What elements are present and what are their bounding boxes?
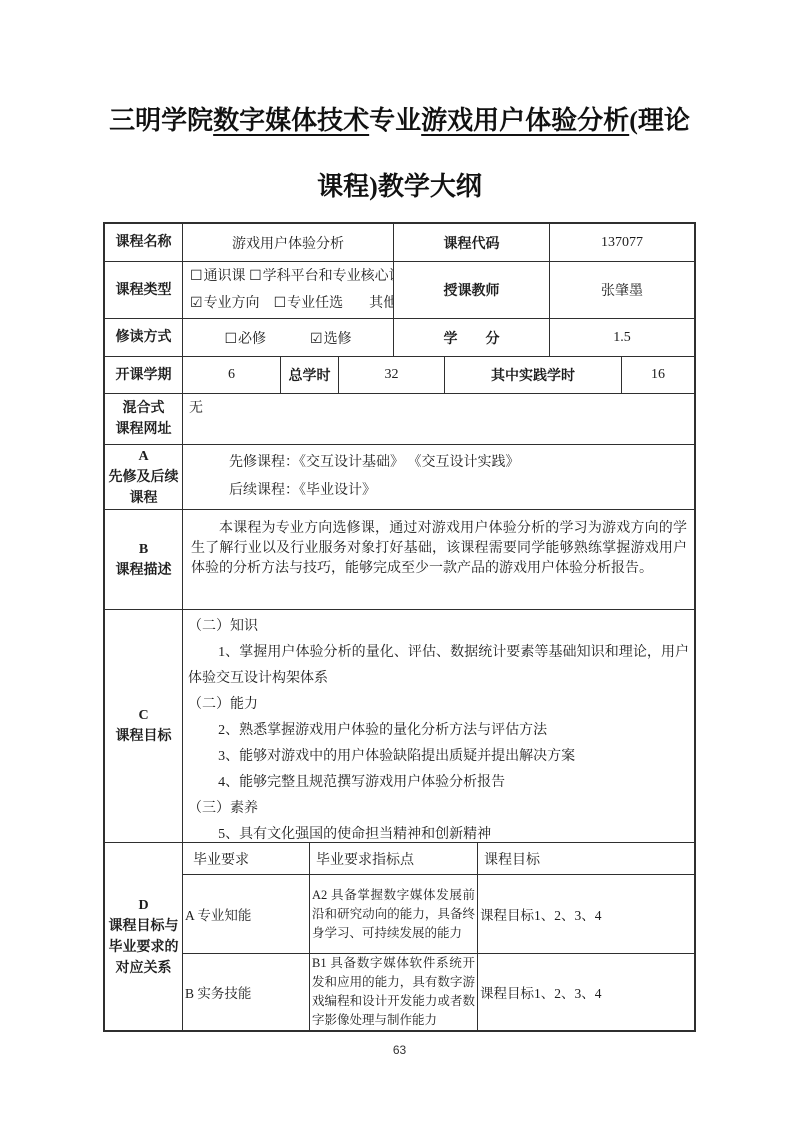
requirement-cell: A 专业知能 [183,875,310,953]
semester-label: 开课学期 [105,357,183,393]
course-type-options: ☐通识课 ☐学科平台和专业核心课 ☑专业方向 ☐专业任选其他 [183,262,394,318]
option-label: 其他 [369,296,394,311]
section-c-code: C [138,705,148,726]
row-section-a: A 先修及后续 课程 先修课程：《交互设计基础》 《交互设计实践》 后续课程：《… [105,445,694,510]
checkbox-checked-icon: ☑ [190,296,203,311]
title-part-course-underlined: 游戏用户体验分析 [421,106,629,135]
option-platform-core-course: ☐学科平台和专业核心课 [249,269,394,284]
row-online-url: 混合式 课程网址 无 [105,394,694,445]
section-a-label: A 先修及后续 课程 [105,445,183,509]
checkbox-unchecked-icon: ☐ [274,296,287,311]
section-d-label-line1: 课程目标与 [109,916,179,937]
prerequisite-courses: 先修课程：《交互设计基础》 《交互设计实践》 [229,449,520,477]
title-part-major-underlined: 数字媒体技术 [213,106,369,135]
option-label: 专业方向 [204,296,260,311]
objective-item-2: 2、熟悉掌握游戏用户体验的量化分析方法与评估方法 [188,718,689,744]
course-name-value: 游戏用户体验分析 [183,224,394,261]
objective-item-5: 5、具有文化强国的使命担当精神和创新精神 [188,822,689,842]
checkbox-unchecked-icon: ☐ [190,269,203,284]
section-c-label: C 课程目标 [105,610,183,842]
objective-item-4: 4、能够完整且规范撰写游戏用户体验分析报告 [188,770,689,796]
section-b-label-text: 课程描述 [116,560,172,581]
course-code-value: 137077 [550,224,694,261]
option-label: 选修 [324,332,352,347]
row-section-c: C 课程目标 （二）知识 1、掌握用户体验分析的量化、评估、数据统计要素等基础知… [105,610,694,843]
title-part-school: 三明学院 [109,106,213,135]
option-label: 学科平台和专业核心课 [263,269,394,284]
study-mode-label: 修读方式 [105,319,183,356]
section-a-content: 先修课程：《交互设计基础》 《交互设计实践》 后续课程：《毕业设计》 [183,445,694,509]
section-d-label-line2: 毕业要求的 [109,937,179,958]
title-part-paren: (理论 [629,106,690,135]
option-elective: ☑选修 [310,328,352,348]
row-section-b: B 课程描述 本课程为专业方向选修课，通过对游戏用户体验分析的学习为游戏方向的学… [105,510,694,610]
course-type-label: 课程类型 [105,262,183,318]
total-hours-value: 32 [339,357,445,393]
objective-item-1: 1、掌握用户体验分析的量化、评估、数据统计要素等基础知识和理论，用户体验交互设计… [188,640,689,692]
course-description: 本课程为专业方向选修课，通过对游戏用户体验分析的学习为游戏方向的学生了解行业以及… [191,519,687,579]
option-other: 其他 [369,296,394,311]
row-section-d: D 课程目标与 毕业要求的 对应关系 毕业要求 毕业要求指标点 课程目标 A 专… [105,843,694,1030]
online-url-label-line1: 混合式 [123,398,165,419]
option-label: 专业任选 [287,296,343,311]
total-hours-label: 总学时 [281,357,339,393]
checkbox-unchecked-icon: ☐ [224,332,237,347]
online-url-value: 无 [183,394,694,444]
row-course-name: 课程名称 游戏用户体验分析 课程代码 137077 [105,224,694,262]
option-label: 通识课 [204,269,246,284]
mapping-subtable: 毕业要求 毕业要求指标点 课程目标 A 专业知能 A2 具备掌握数字媒体发展前沿… [183,843,694,1030]
indicator-cell: B1 具备数字媒体软件系统开发和应用的能力，具有数字游戏编程和设计开发能力或者数… [310,954,478,1030]
option-compulsory: ☐必修 [224,328,266,348]
mapping-header-row: 毕业要求 毕业要求指标点 课程目标 [183,843,694,875]
objective-item-3: 3、能够对游戏中的用户体验缺陷提出质疑并提出解决方案 [188,744,689,770]
option-general-course: ☐通识课 [190,269,246,284]
subsequent-courses: 后续课程：《毕业设计》 [229,477,376,505]
checkbox-unchecked-icon: ☐ [249,269,262,284]
objectives-heading-ability: （二）能力 [188,692,689,718]
header-graduation-requirement: 毕业要求 [183,843,310,874]
section-a-label-line1: 先修及后续 [109,467,179,488]
option-major-direction: ☑专业方向 [190,296,260,311]
course-name-label: 课程名称 [105,224,183,261]
credit-label: 学 分 [394,319,550,356]
title-part-zhuanye: 专业 [369,106,421,135]
requirement-cell: B 实务技能 [183,954,310,1030]
credit-value: 1.5 [550,319,694,356]
mapping-row-a: A 专业知能 A2 具备掌握数字媒体发展前沿和研究动向的能力，具备终身学习、可持… [183,875,694,954]
document-page: 三明学院数字媒体技术专业游戏用户体验分析(理论课程)教学大纲 课程名称 游戏用户… [0,0,799,1131]
objectives-heading-knowledge: （二）知识 [188,614,689,640]
online-url-label: 混合式 课程网址 [105,394,183,444]
section-c-content: （二）知识 1、掌握用户体验分析的量化、评估、数据统计要素等基础知识和理论，用户… [183,610,694,842]
title-line2: 课程)教学大纲 [317,172,482,201]
objective-cell: 课程目标1、2、3、4 [478,954,694,1030]
objective-cell: 课程目标1、2、3、4 [478,875,694,953]
online-url-label-line2: 课程网址 [116,419,172,440]
semester-value: 6 [183,357,281,393]
mapping-row-b: B 实务技能 B1 具备数字媒体软件系统开发和应用的能力，具有数字游戏编程和设计… [183,954,694,1030]
section-b-content: 本课程为专业方向选修课，通过对游戏用户体验分析的学习为游戏方向的学生了解行业以及… [183,510,694,609]
section-d-code: D [138,895,148,916]
practice-hours-label: 其中实践学时 [445,357,622,393]
course-type-options-line2: ☑专业方向 ☐专业任选其他 [190,290,394,317]
section-a-code: A [138,446,148,467]
practice-hours-value: 16 [622,357,694,393]
indicator-cell: A2 具备掌握数字媒体发展前沿和研究动向的能力，具备终身学习、可持续发展的能力 [310,875,478,953]
option-label: 必修 [238,332,266,347]
checkbox-checked-icon: ☑ [310,332,323,347]
header-requirement-indicator: 毕业要求指标点 [310,843,478,874]
page-number: 63 [0,1043,799,1057]
course-type-options-line1: ☐通识课 ☐学科平台和专业核心课 [190,263,394,290]
header-course-objective: 课程目标 [478,843,694,874]
course-code-label: 课程代码 [394,224,550,261]
section-d-label: D 课程目标与 毕业要求的 对应关系 [105,843,183,1030]
study-mode-options: ☐必修 ☑选修 [183,319,394,356]
row-study-mode: 修读方式 ☐必修 ☑选修 学 分 1.5 [105,319,694,357]
section-d-label-line3: 对应关系 [116,958,172,979]
document-title: 三明学院数字媒体技术专业游戏用户体验分析(理论课程)教学大纲 [100,0,700,220]
row-semester-hours: 开课学期 6 总学时 32 其中实践学时 16 [105,357,694,394]
teacher-value: 张肇墨 [550,262,694,318]
section-b-code: B [139,539,148,560]
section-c-label-text: 课程目标 [116,726,172,747]
section-b-label: B 课程描述 [105,510,183,609]
option-major-elective: ☐专业任选 [274,296,344,311]
row-course-type: 课程类型 ☐通识课 ☐学科平台和专业核心课 ☑专业方向 ☐专业任选其他 授课教师… [105,262,694,319]
section-a-label-line2: 课程 [130,488,158,509]
teacher-label: 授课教师 [394,262,550,318]
objectives-heading-quality: （三）素养 [188,796,689,822]
syllabus-table: 课程名称 游戏用户体验分析 课程代码 137077 课程类型 ☐通识课 ☐学科平… [103,222,696,1032]
